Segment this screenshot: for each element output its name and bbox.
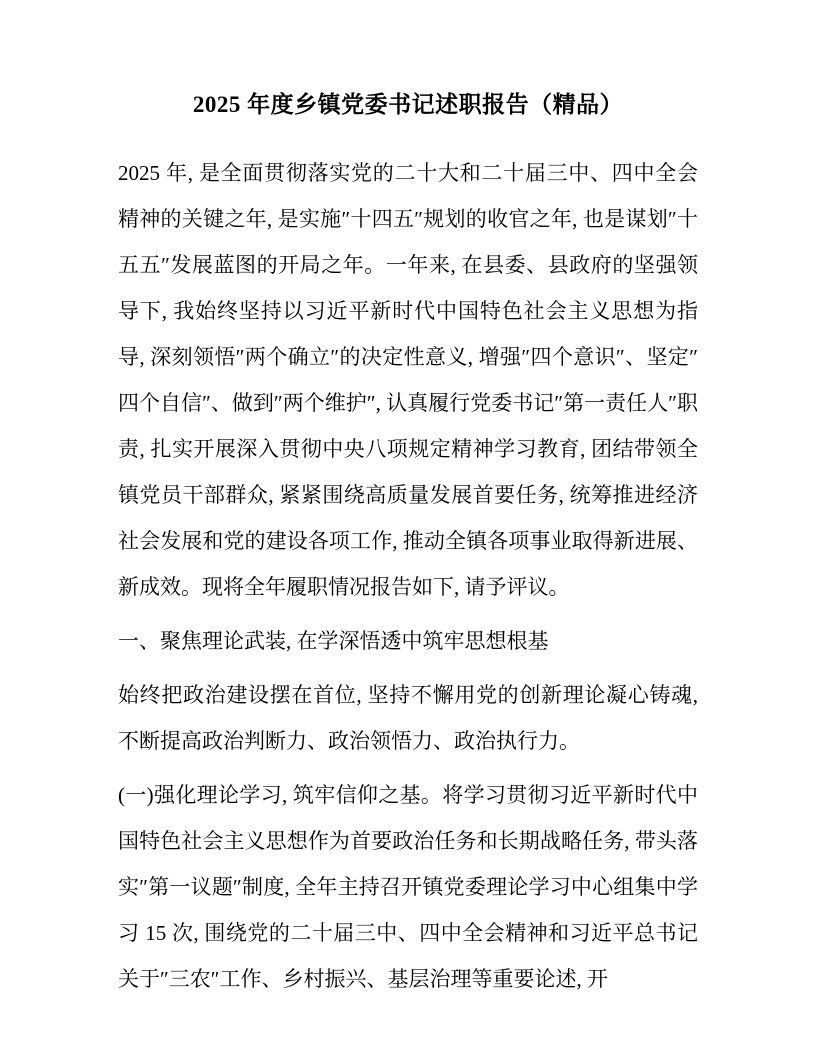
document-title: 2025 年度乡镇党委书记述职报告（精品） (118, 88, 698, 122)
paragraph-section-lead: 始终把政治建设摆在首位, 坚持不懈用党的创新理论凝心铸魂, 不断提高政治判断力、… (118, 672, 698, 764)
document-page: 2025 年度乡镇党委书记述职报告（精品） 2025 年, 是全面贯彻落实党的二… (0, 0, 816, 1056)
section-heading-1: 一、聚焦理论武装, 在学深悟透中筑牢思想根基 (118, 618, 698, 664)
paragraph-intro: 2025 年, 是全面贯彻落实党的二十大和二十届三中、四中全会精神的关键之年, … (118, 150, 698, 610)
paragraph-subsection-1: (一)强化理论学习, 筑牢信仰之基。将学习贯彻习近平新时代中国特色社会主义思想作… (118, 772, 698, 1002)
